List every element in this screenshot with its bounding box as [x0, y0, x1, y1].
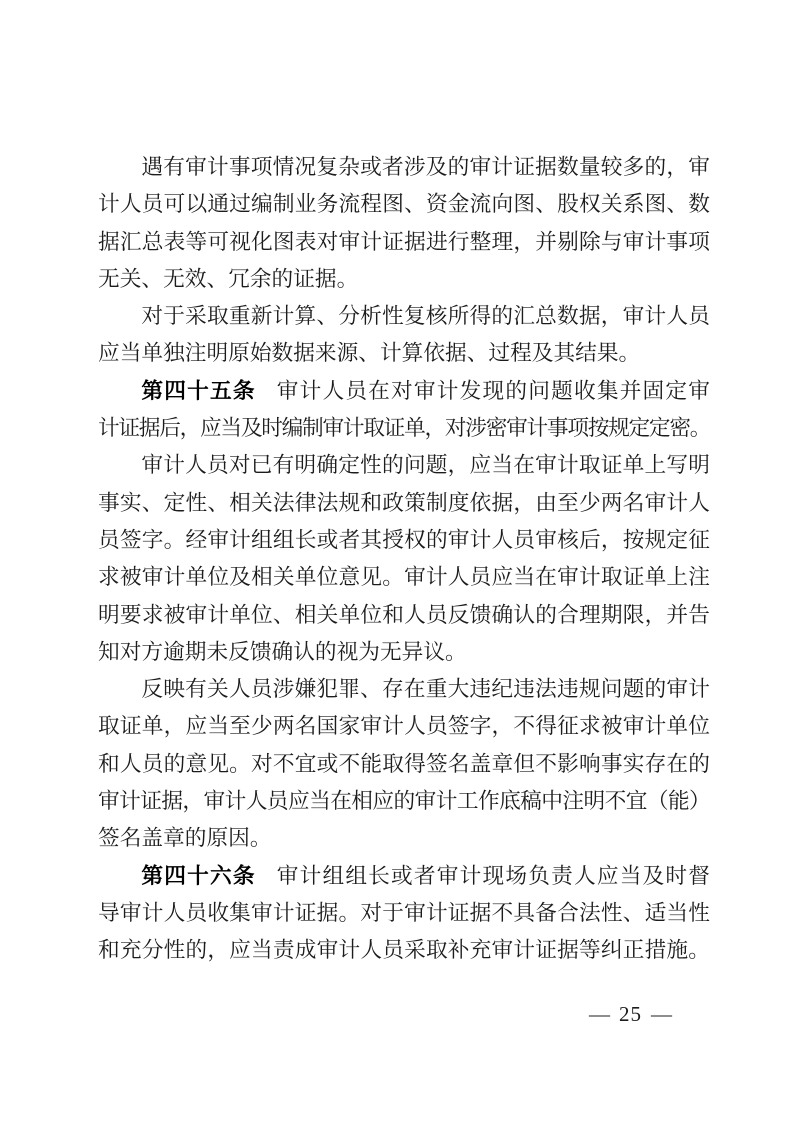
- text-line: 对于采取重新计算、分析性复核所得的汇总数据，审计人员: [98, 298, 710, 335]
- document-body: 遇有审计事项情况复杂或者涉及的审计证据数量较多的，审 计人员可以通过编制业务流程…: [98, 149, 710, 970]
- paragraph-article-46: 第四十六条审计组组长或者审计现场负责人应当及时督 导审计人员收集审计证据。对于审…: [98, 858, 710, 970]
- text-line: 据汇总表等可视化图表对审计证据进行整理，并剔除与审计事项: [98, 224, 710, 261]
- article-first-line-text: 审计人员在对审计发现的问题收集并固定审: [277, 379, 710, 403]
- text-line: 明要求被审计单位、相关单位和人员反馈确认的合理期限，并告: [98, 597, 710, 634]
- text-line: 计证据后，应当及时编制审计取证单，对涉密审计事项按规定定密。: [98, 410, 710, 447]
- text-line: 员签字。经审计组组长或者其授权的审计人员审核后，按规定征: [98, 522, 710, 559]
- text-line: 签名盖章的原因。: [98, 820, 710, 857]
- paragraph-article-45: 第四十五条审计人员在对审计发现的问题收集并固定审 计证据后，应当及时编制审计取证…: [98, 373, 710, 448]
- paragraph: 审计人员对已有明确定性的问题，应当在审计取证单上写明 事实、定性、相关法律法规和…: [98, 447, 710, 671]
- article-first-line-text: 审计组组长或者审计现场负责人应当及时督: [277, 864, 710, 888]
- footer-dash-right: —: [651, 1002, 672, 1026]
- text-line: 和充分性的，应当责成审计人员采取补充审计证据等纠正措施。: [98, 932, 710, 969]
- page-number: 25: [619, 1002, 642, 1026]
- text-line: 审计证据，审计人员应当在相应的审计工作底稿中注明不宜（能）: [98, 783, 710, 820]
- text-line: 应当单独注明原始数据来源、计算依据、过程及其结果。: [98, 335, 710, 372]
- document-page: 遇有审计事项情况复杂或者涉及的审计证据数量较多的，审 计人员可以通过编制业务流程…: [0, 0, 793, 1122]
- article-number: 第四十五条: [141, 379, 255, 403]
- text-line: 遇有审计事项情况复杂或者涉及的审计证据数量较多的，审: [98, 149, 710, 186]
- paragraph: 对于采取重新计算、分析性复核所得的汇总数据，审计人员 应当单独注明原始数据来源、…: [98, 298, 710, 373]
- text-line: 导审计人员收集审计证据。对于审计证据不具备合法性、适当性: [98, 895, 710, 932]
- footer-dash-left: —: [589, 1002, 610, 1026]
- article-number: 第四十六条: [141, 864, 255, 888]
- text-line: 取证单，应当至少两名国家审计人员签字，不得征求被审计单位: [98, 708, 710, 745]
- text-line: 求被审计单位及相关单位意见。审计人员应当在审计取证单上注: [98, 559, 710, 596]
- text-line: 第四十五条审计人员在对审计发现的问题收集并固定审: [98, 373, 710, 410]
- text-line: 计人员可以通过编制业务流程图、资金流向图、股权关系图、数: [98, 186, 710, 223]
- text-line: 反映有关人员涉嫌犯罪、存在重大违纪违法违规问题的审计: [98, 671, 710, 708]
- page-footer: —25—: [589, 1001, 672, 1027]
- paragraph: 反映有关人员涉嫌犯罪、存在重大违纪违法违规问题的审计 取证单，应当至少两名国家审…: [98, 671, 710, 857]
- text-line: 第四十六条审计组组长或者审计现场负责人应当及时督: [98, 858, 710, 895]
- text-line: 审计人员对已有明确定性的问题，应当在审计取证单上写明: [98, 447, 710, 484]
- paragraph: 遇有审计事项情况复杂或者涉及的审计证据数量较多的，审 计人员可以通过编制业务流程…: [98, 149, 710, 298]
- text-line: 知对方逾期未反馈确认的视为无异议。: [98, 634, 710, 671]
- text-line: 无关、无效、冗余的证据。: [98, 261, 710, 298]
- text-line: 和人员的意见。对不宜或不能取得签名盖章但不影响事实存在的: [98, 746, 710, 783]
- text-line: 事实、定性、相关法律法规和政策制度依据，由至少两名审计人: [98, 485, 710, 522]
